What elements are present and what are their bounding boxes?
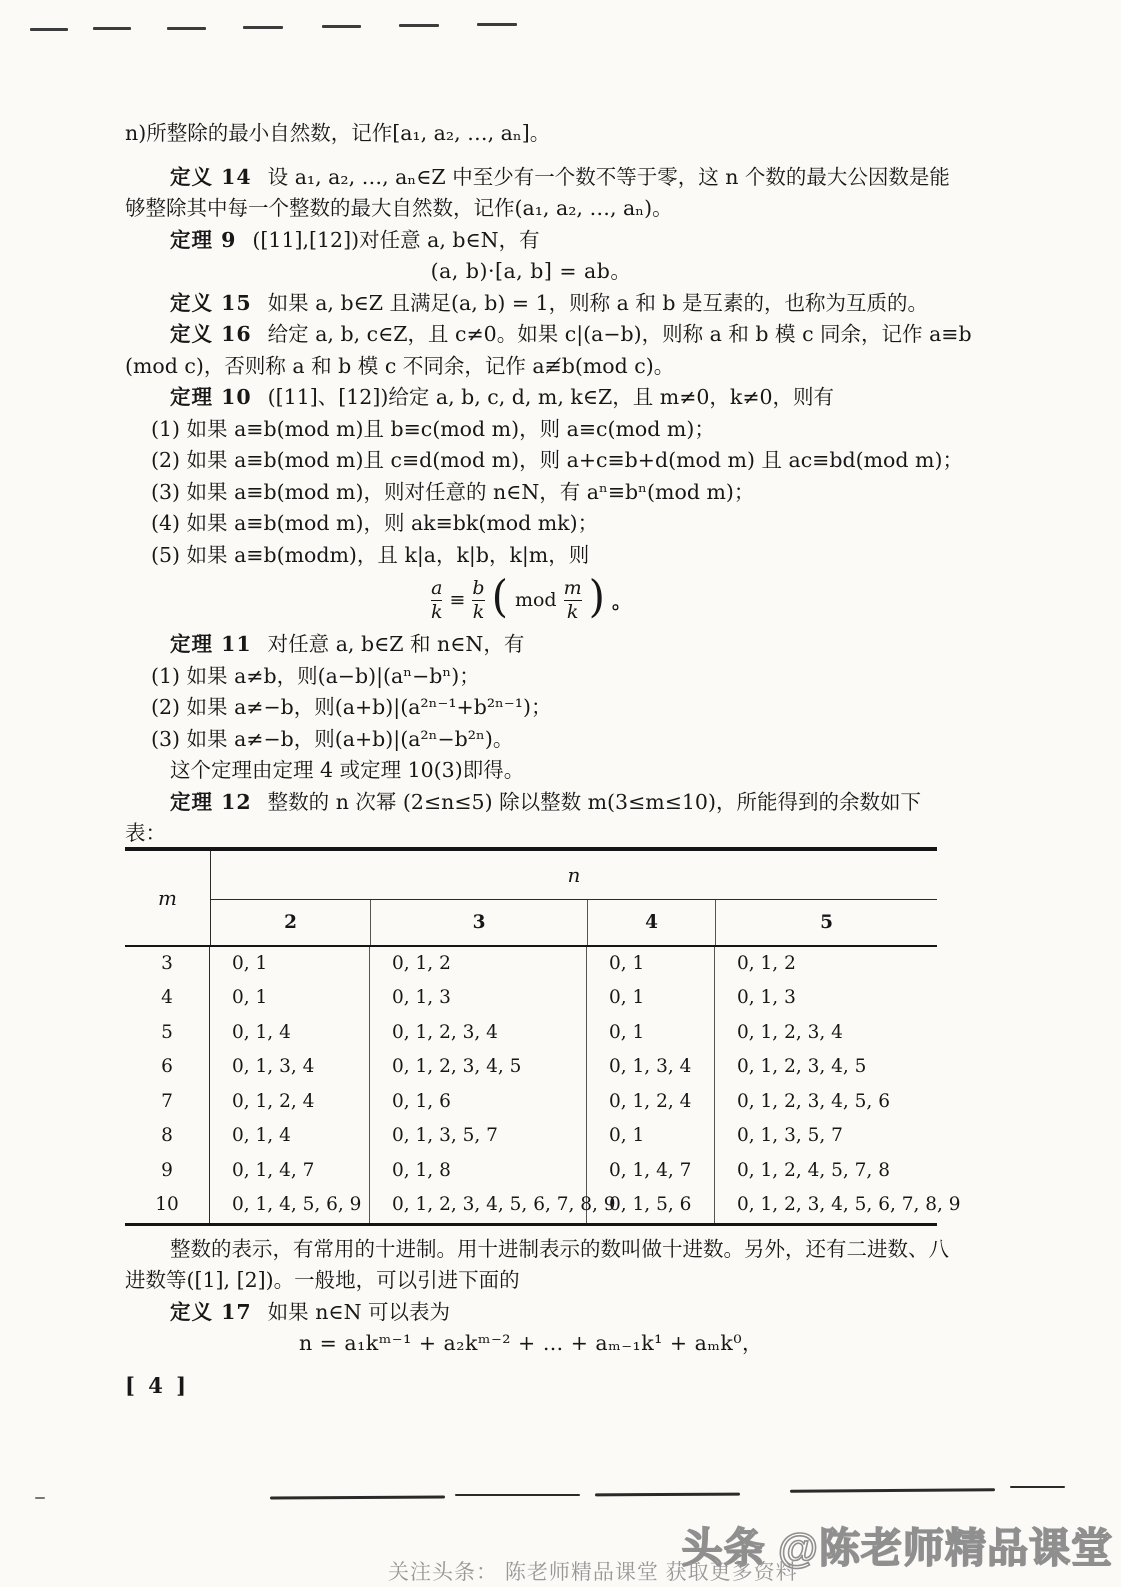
text-line: 整数的表示，有常用的十进制。用十进制表示的数叫做十进数。另外，还有二进数、八 <box>125 1234 937 1266</box>
scan-mark-line <box>790 1488 995 1492</box>
term-label: 定义 15 <box>170 291 252 315</box>
formula-gcd-lcm: (a, b)·[a, b] = ab。 <box>125 256 937 288</box>
term-label: 定义 17 <box>170 1300 252 1324</box>
text-line: 表： <box>125 818 937 850</box>
scan-mark-line <box>455 1494 580 1496</box>
left-paren: ( <box>492 575 508 625</box>
text: 给定 a, b, c∈Z，且 c≠0。如果 c|(a−b)，则称 a 和 b 模… <box>268 322 972 346</box>
mod-word: mod <box>515 589 557 611</box>
fraction-b-over-k: bk <box>472 578 484 623</box>
text: 够整除其中每一个整数的最大自然数，记作(a₁, a₂, …, aₙ)。 <box>125 196 673 220</box>
text: 这个定理由定理 4 或定理 10(3)即得。 <box>170 758 524 782</box>
text: 如果 n∈N 可以表为 <box>268 1300 450 1324</box>
text: 设 a₁, a₂, …, aₙ∈Z 中至少有一个数不等于零，这 n 个数的最大公… <box>268 165 950 189</box>
text: (mod c)，否则称 a 和 b 模 c 不同余，记作 a≢b(mod c)。 <box>125 354 674 378</box>
text: 整数的表示，有常用的十进制。用十进制表示的数叫做十进数。另外，还有二进数、八 <box>170 1237 949 1261</box>
table-row: 40, 10, 1, 30, 10, 1, 3 <box>125 981 937 1016</box>
theorem-9: 定理 9([11],[12])对任意 a, b∈N，有 <box>125 225 937 257</box>
theorem-10-item-5: (5) 如果 a≡b(modm)，且 k|a，k|b，k|m，则 <box>125 540 937 572</box>
term-label: 定理 10 <box>170 385 252 409</box>
text: 进数等([1], [2])。一般地，可以引进下面的 <box>125 1268 520 1292</box>
remainder-table: m n 2 3 4 5 30, 10, 1, 20, 10, 1, 2 40, … <box>125 847 937 1226</box>
theorem-10: 定理 10([11]、[12])给定 a, b, c, d, m, k∈Z，且 … <box>125 382 937 414</box>
text: 整数的 n 次幂 (2≤n≤5) 除以整数 m(3≤m≤10)，所能得到的余数如… <box>268 790 921 814</box>
right-paren: ) <box>589 575 605 625</box>
text-line: n)所整除的最小自然数，记作[a₁, a₂, …, aₙ]。 <box>125 118 937 150</box>
term-label: 定义 14 <box>170 165 252 189</box>
definition-17: 定义 17如果 n∈N 可以表为 <box>125 1297 937 1329</box>
theorem-10-item-2: (2) 如果 a≡b(mod m)且 c≡d(mod m)，则 a+c≡b+d(… <box>125 445 937 477</box>
text: 如果 a, b∈Z 且满足(a, b) = 1，则称 a 和 b 是互素的，也称… <box>268 291 928 315</box>
table-row: 30, 10, 1, 20, 10, 1, 2 <box>125 947 937 982</box>
theorem-11: 定理 11对任意 a, b∈Z 和 n∈N，有 <box>125 629 937 661</box>
text-line: 够整除其中每一个整数的最大自然数，记作(a₁, a₂, …, aₙ)。 <box>125 193 937 225</box>
scan-mark-line <box>595 1493 740 1497</box>
period: 。 <box>612 587 631 614</box>
scan-mark-dash <box>93 27 131 30</box>
text: ([11]、[12])给定 a, b, c, d, m, k∈Z，且 m≠0，k… <box>268 385 834 409</box>
text: ([11],[12])对任意 a, b∈N，有 <box>252 228 539 252</box>
theorem-12: 定理 12整数的 n 次幂 (2≤n≤5) 除以整数 m(3≤m≤10)，所能得… <box>125 787 937 819</box>
definition-15: 定义 15如果 a, b∈Z 且满足(a, b) = 1，则称 a 和 b 是互… <box>125 288 937 320</box>
definition-16: 定义 16给定 a, b, c∈Z，且 c≠0。如果 c|(a−b)，则称 a … <box>125 319 937 351</box>
text: (3) 如果 a≡b(mod m)，则对任意的 n∈N，有 aⁿ≡bⁿ(mod … <box>151 480 754 504</box>
theorem-10-item-4: (4) 如果 a≡b(mod m)，则 ak≡bk(mod mk)； <box>125 508 937 540</box>
formula-congruence-division: ak ≡ bk ( mod mk ) 。 <box>125 571 937 629</box>
footer-caption: 关注头条： 陈老师精品课堂 获取更多资料 <box>388 1556 798 1586</box>
table-row: 50, 1, 40, 1, 2, 3, 40, 10, 1, 2, 3, 4 <box>125 1016 937 1051</box>
span-label-n: n <box>211 851 937 900</box>
scan-mark-dash <box>477 23 517 26</box>
scan-mark-dash <box>399 24 439 27</box>
text-line: 进数等([1], [2])。一般地，可以引进下面的 <box>125 1265 937 1297</box>
page-body: n)所整除的最小自然数，记作[a₁, a₂, …, aₙ]。 定义 14设 a₁… <box>125 118 937 1401</box>
definition-14: 定义 14设 a₁, a₂, …, aₙ∈Z 中至少有一个数不等于零，这 n 个… <box>125 162 937 194</box>
remark-line: 这个定理由定理 4 或定理 10(3)即得。 <box>125 755 937 787</box>
text: (1) 如果 a≡b(mod m)且 b≡c(mod m)，则 a≡c(mod … <box>151 417 715 441</box>
fraction-m-over-k: mk <box>564 578 582 623</box>
term-label: 定理 11 <box>170 632 252 656</box>
scan-mark-line <box>270 1496 445 1500</box>
table-row: 70, 1, 2, 40, 1, 60, 1, 2, 40, 1, 2, 3, … <box>125 1085 937 1120</box>
term-label: 定理 12 <box>170 790 252 814</box>
term-label: 定义 16 <box>170 322 252 346</box>
theorem-11-item-2: (2) 如果 a≠−b，则(a+b)|(a²ⁿ⁻¹+b²ⁿ⁻¹)； <box>125 692 937 724</box>
text: (2) 如果 a≡b(mod m)且 c≡d(mod m)，则 a+c≡b+d(… <box>151 448 963 472</box>
column-header: 5 <box>716 900 937 945</box>
text: n)所整除的最小自然数，记作[a₁, a₂, …, aₙ]。 <box>125 121 550 145</box>
table-row: 90, 1, 4, 70, 1, 80, 1, 4, 70, 1, 2, 4, … <box>125 1154 937 1189</box>
scan-mark-dash <box>30 28 68 31</box>
fraction-a-over-k: ak <box>431 578 443 623</box>
term-label: 定理 9 <box>170 228 236 252</box>
table-row: 100, 1, 4, 5, 6, 90, 1, 2, 3, 4, 5, 6, 7… <box>125 1188 937 1223</box>
text: (3) 如果 a≠−b，则(a+b)|(a²ⁿ−b²ⁿ)。 <box>151 727 513 751</box>
scan-mark-dash <box>322 25 361 28</box>
formula-base-k-expansion: n = a₁kᵐ⁻¹ + a₂kᵐ⁻² + … + aₘ₋₁k¹ + aₘk⁰， <box>125 1328 937 1360</box>
congruence-sign: ≡ <box>449 589 465 611</box>
column-header: 3 <box>371 900 588 945</box>
text: (1) 如果 a≠b，则(a−b)|(aⁿ−bⁿ)； <box>151 664 480 688</box>
scan-mark-line <box>1010 1486 1065 1488</box>
column-header: 4 <box>588 900 716 945</box>
corner-label-m: m <box>125 851 211 945</box>
table-row: 80, 1, 40, 1, 3, 5, 70, 10, 1, 3, 5, 7 <box>125 1119 937 1154</box>
theorem-10-item-1: (1) 如果 a≡b(mod m)且 b≡c(mod m)，则 a≡c(mod … <box>125 414 937 446</box>
text: (4) 如果 a≡b(mod m)，则 ak≡bk(mod mk)； <box>151 511 598 535</box>
text: (2) 如果 a≠−b，则(a+b)|(a²ⁿ⁻¹+b²ⁿ⁻¹)； <box>151 695 551 719</box>
text: (5) 如果 a≡b(modm)，且 k|a，k|b，k|m，则 <box>151 543 589 567</box>
column-header: 2 <box>211 900 371 945</box>
scan-mark-dash <box>167 27 206 30</box>
scan-mark-line <box>35 1497 45 1499</box>
table-row: 60, 1, 3, 40, 1, 2, 3, 4, 50, 1, 3, 40, … <box>125 1050 937 1085</box>
text-line: (mod c)，否则称 a 和 b 模 c 不同余，记作 a≢b(mod c)。 <box>125 351 937 383</box>
text: 表： <box>125 821 166 845</box>
theorem-11-item-3: (3) 如果 a≠−b，则(a+b)|(a²ⁿ−b²ⁿ)。 <box>125 724 937 756</box>
table-header: m n 2 3 4 5 <box>125 851 937 947</box>
page-number: [ 4 ] <box>125 1370 937 1402</box>
theorem-10-item-3: (3) 如果 a≡b(mod m)，则对任意的 n∈N，有 aⁿ≡bⁿ(mod … <box>125 477 937 509</box>
text: 对任意 a, b∈Z 和 n∈N，有 <box>268 632 525 656</box>
scan-mark-dash <box>243 26 283 29</box>
theorem-11-item-1: (1) 如果 a≠b，则(a−b)|(aⁿ−bⁿ)； <box>125 661 937 693</box>
